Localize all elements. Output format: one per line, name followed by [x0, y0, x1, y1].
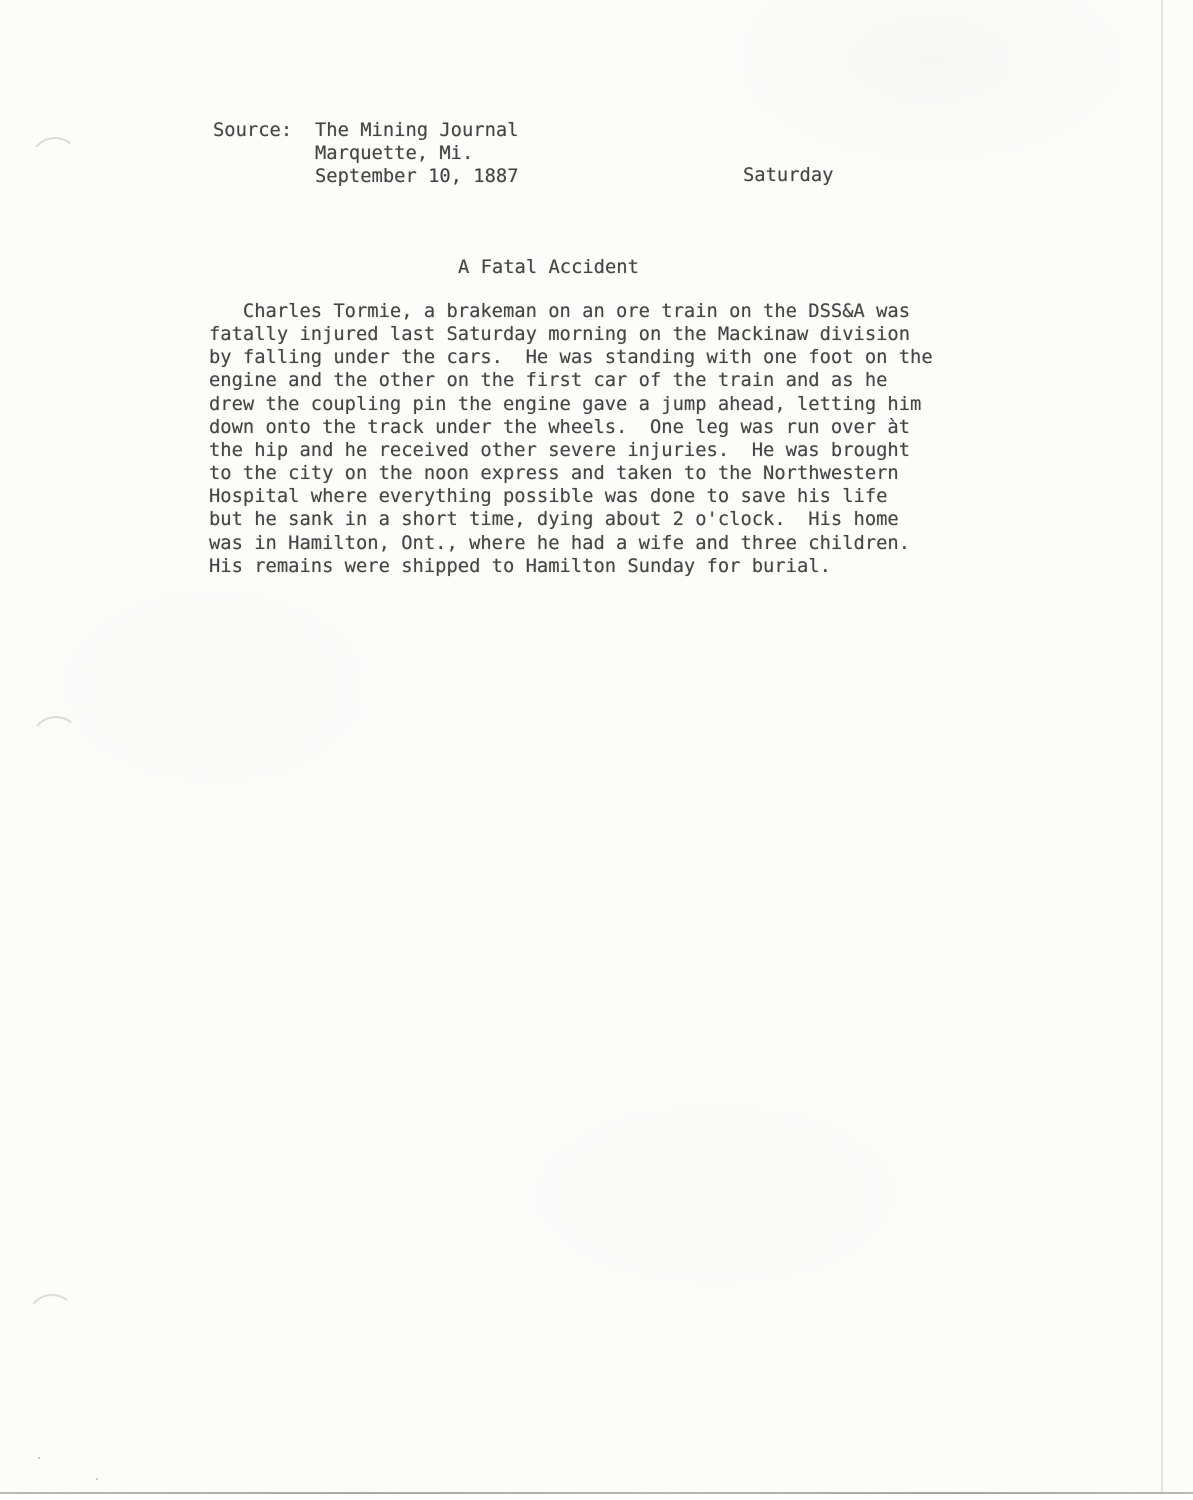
body-line: by falling under the cars. He was standi… [209, 346, 933, 369]
page-right-edge [1161, 0, 1163, 1493]
paper-speck [96, 1478, 98, 1480]
paper-speck [38, 1457, 40, 1459]
scan-background [0, 1494, 1193, 1500]
source-label: Source: [213, 119, 292, 142]
body-line: His remains were shipped to Hamilton Sun… [209, 555, 933, 578]
article-body: Charles Tormie, a brakeman on an ore tra… [209, 300, 933, 578]
source-location: Marquette, Mi. [315, 142, 473, 165]
scanned-document-page: { "document": { "source": { "label": "So… [0, 0, 1193, 1500]
article-title: A Fatal Accident [458, 256, 639, 279]
body-line: down onto the track under the wheels. On… [209, 416, 933, 439]
body-line: drew the coupling pin the engine gave a … [209, 393, 933, 416]
source-day: Saturday [743, 164, 833, 187]
source-publication: The Mining Journal [315, 119, 519, 142]
body-line: Hospital where everything possible was d… [209, 485, 933, 508]
punch-hole-mark [29, 714, 84, 769]
punch-hole-mark [25, 1292, 80, 1347]
body-line: Charles Tormie, a brakeman on an ore tra… [209, 300, 933, 323]
punch-hole-mark [28, 135, 83, 190]
body-line: engine and the other on the first car of… [209, 369, 933, 392]
body-line: was in Hamilton, Ont., where he had a wi… [209, 532, 933, 555]
body-line: the hip and he received other severe inj… [209, 439, 933, 462]
source-date: September 10, 1887 [315, 165, 519, 188]
body-line: to the city on the noon express and take… [209, 462, 933, 485]
body-line: but he sank in a short time, dying about… [209, 508, 933, 531]
paper-sheet: Source: The Mining Journal Marquette, Mi… [0, 0, 1193, 1493]
body-line: fatally injured last Saturday morning on… [209, 323, 933, 346]
